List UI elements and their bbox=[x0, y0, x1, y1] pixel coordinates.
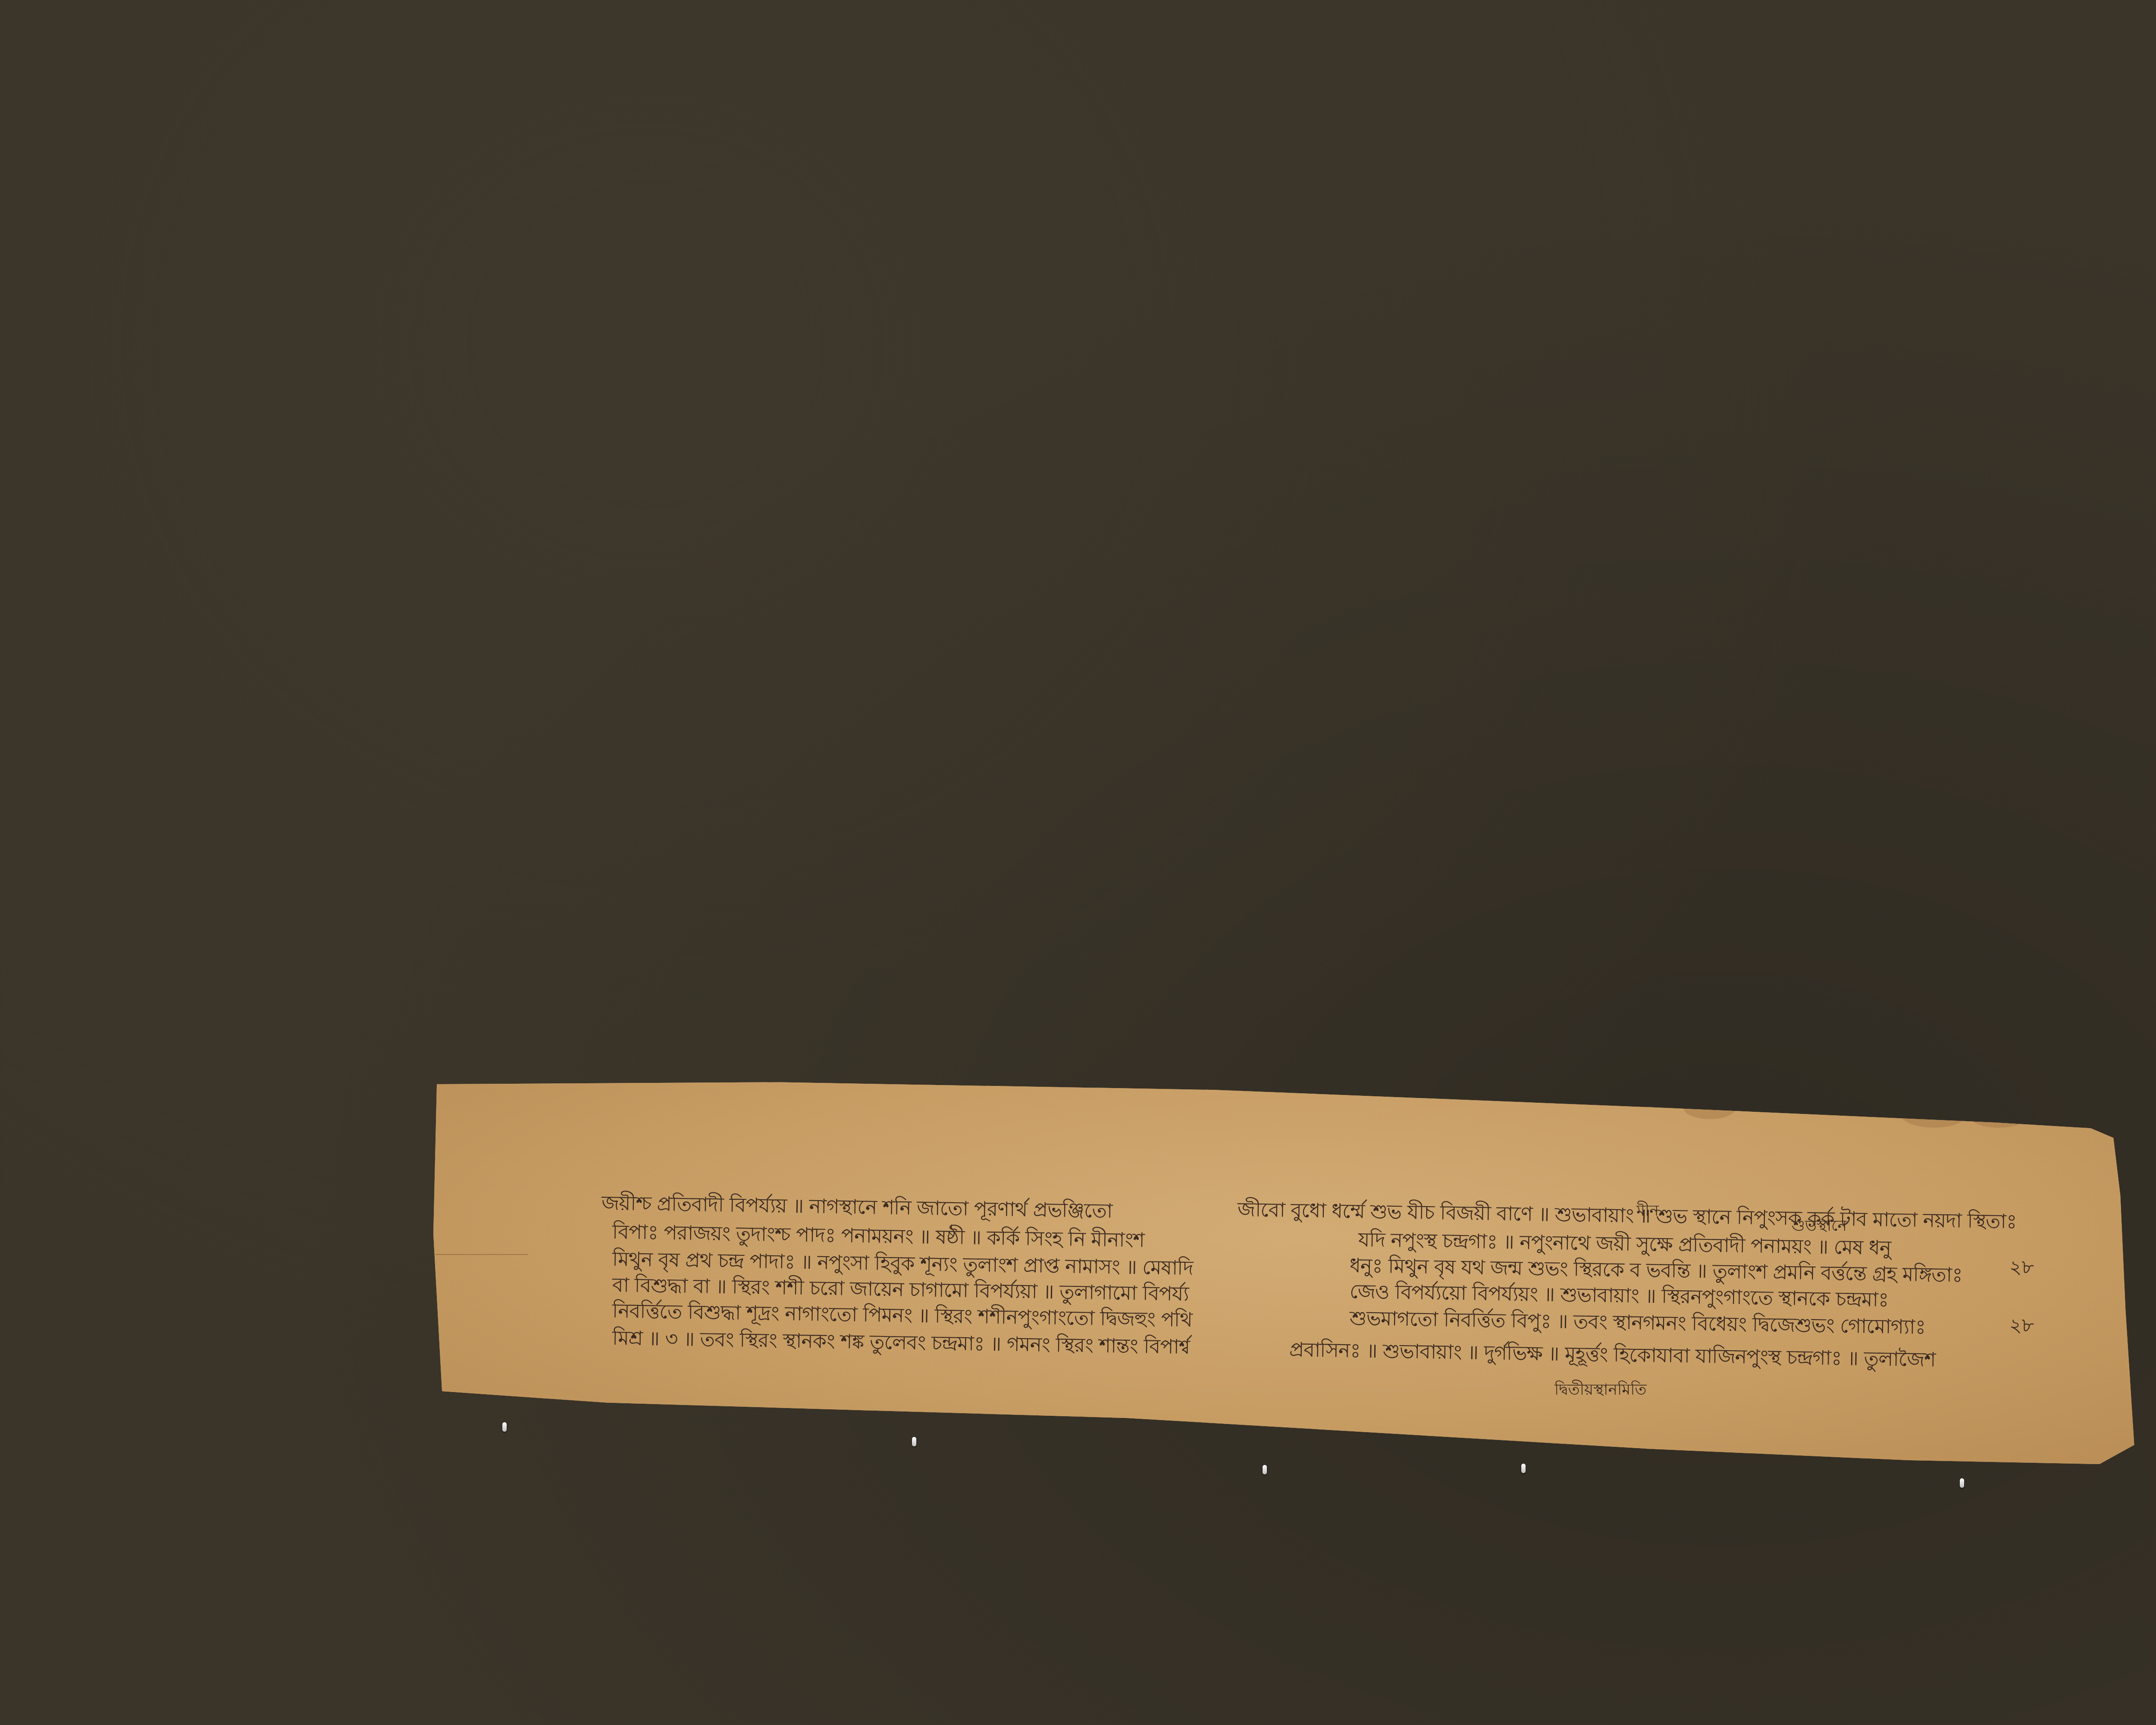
mounting-pin bbox=[1521, 1464, 1526, 1473]
mounting-pin bbox=[1263, 1465, 1267, 1474]
margin-number: ২৮ bbox=[2009, 1253, 2034, 1284]
water-stain bbox=[1968, 1102, 2029, 1128]
mounting-pin bbox=[1960, 1478, 1964, 1488]
paper-crease bbox=[433, 1254, 528, 1255]
interlinear-note: শুভস্থানে bbox=[1792, 1214, 1847, 1240]
mounting-pin bbox=[912, 1437, 916, 1446]
margin-number: ২৮ bbox=[2009, 1311, 2034, 1342]
interlinear-note: মীন bbox=[1636, 1199, 1659, 1225]
bottom-note: দ্বিতীয়স্থানমিতি bbox=[1554, 1378, 1647, 1404]
mounting-pin bbox=[502, 1422, 507, 1432]
water-stain bbox=[1899, 1098, 1968, 1128]
water-stain bbox=[1684, 1098, 1736, 1119]
